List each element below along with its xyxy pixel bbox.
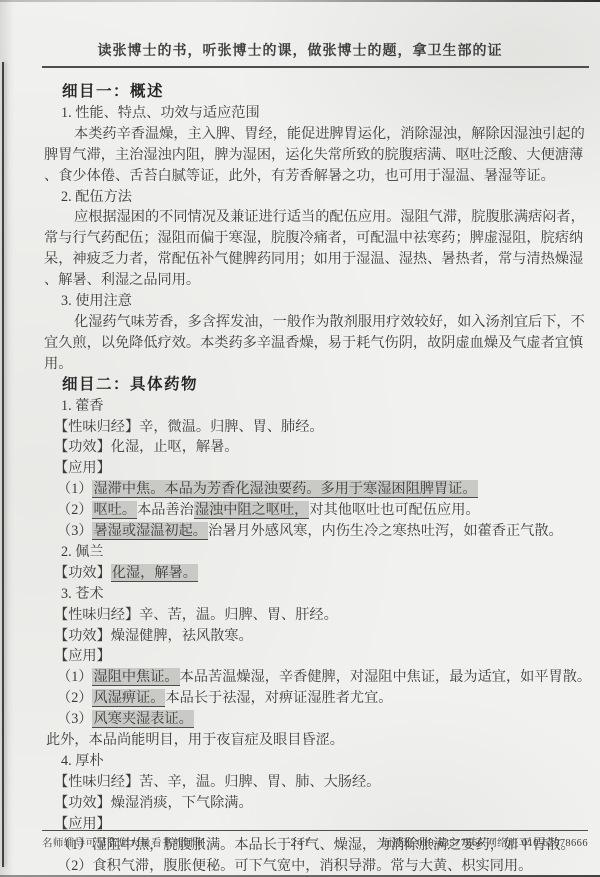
text-line: 【性味归经】辛，微温。归脾、胃、肺经。 xyxy=(44,417,592,438)
text-run: （2） xyxy=(57,502,92,518)
text-run: 【性味归经】辛，微温。归脾、胃、肺经。 xyxy=(54,419,324,435)
text-line: 3. 苍术 xyxy=(44,584,592,605)
text-run: 1. 性能、特点、功效与适应范围 xyxy=(61,105,260,121)
text-line: 1. 性能、特点、功效与适应范围 xyxy=(44,103,592,124)
text-line: 【功效】燥湿消痰，下气除满。 xyxy=(44,793,592,814)
highlighted-text: 化湿，解暑。 xyxy=(111,564,198,582)
text-line: 4. 厚朴 xyxy=(44,751,592,772)
text-run: 本品长于祛湿，对痹证湿胜者尤宜。 xyxy=(165,690,392,706)
text-run: 4. 厚朴 xyxy=(61,753,104,769)
highlighted-text: 风湿痹证。 xyxy=(92,689,165,707)
text-run: 治暑月外感风寒，内伤生冷之寒热吐泻，如藿香正气散。 xyxy=(208,523,563,539)
highlighted-text: 呕吐。 xyxy=(92,501,137,519)
text-run: 细目一：概述 xyxy=(62,83,164,100)
text-run: 2. 佩兰 xyxy=(61,544,104,560)
text-line: （3）风寒夹湿表证。 xyxy=(44,709,592,730)
text-run: 本品苦温燥湿，辛香健脾，对湿阻中焦证，最为适宜，如平胃散。 xyxy=(180,669,591,685)
text-run: 2. 配伍方法 xyxy=(61,189,132,205)
text-run: （2）食积气滞，腹胀便秘。可下气宽中，消积导滞。常与大黄、枳实同用。 xyxy=(57,858,532,874)
text-run: （1） xyxy=(57,669,92,685)
text-line: （3）暑湿或湿温初起。治暑月外感风寒，内伤生冷之寒热吐泻，如藿香正气散。 xyxy=(44,521,592,542)
text-line: （2）风湿痹证。本品长于祛湿，对痹证湿胜者尤宜。 xyxy=(44,688,592,709)
text-run: （1） xyxy=(57,481,92,497)
page-header: 读张博士的书，听张博士的课，做张博士的题，拿卫生部的证 xyxy=(0,0,600,68)
text-run: 【性味归经】苦、辛，温。归脾、胃、肺、大肠经。 xyxy=(54,774,380,790)
text-run: 细目二：具体药物 xyxy=(62,376,198,393)
footer-left-note: 名师辅导可节省您大量看书的时间 xyxy=(42,835,206,850)
text-line: 2. 佩兰 xyxy=(44,542,592,563)
highlighted-text: 湿阻中焦证。 xyxy=(92,668,179,686)
text-line: 【功效】化湿，止呕，解暑。 xyxy=(44,437,592,458)
text-line: 应根据湿困的不同情况及兼证进行适当的配伍应用。湿阻气滞，脘腹胀满痞闷者，常与行气… xyxy=(44,207,592,291)
scan-left-shade xyxy=(0,0,14,877)
header-rule xyxy=(42,66,589,68)
text-run: 【功效】燥湿消痰，下气除满。 xyxy=(54,795,253,811)
text-run: 3. 苍术 xyxy=(61,586,104,602)
text-line: （2）呕吐。本品善治湿浊中阻之呕吐，对其他呕吐也可配伍应用。 xyxy=(44,500,592,521)
text-run: 应根据湿困的不同情况及兼证进行适当的配伍应用。湿阻气滞，脘腹胀满痞闷者，常与行气… xyxy=(44,209,585,288)
text-run: 【应用】 xyxy=(54,648,111,664)
text-line: 【应用】 xyxy=(44,458,592,479)
text-run: 对其他呕吐也可配伍应用。 xyxy=(309,502,479,518)
text-line: 3. 使用注意 xyxy=(44,291,592,312)
header-slogan: 读张博士的书，听张博士的课，做张博士的题，拿卫生部的证 xyxy=(0,40,600,60)
text-line: （1）湿滞中焦。本品为芳香化湿浊要药。多用于寒湿困阻脾胃证。 xyxy=(44,479,592,500)
text-line: 【功效】燥湿健脾，祛风散寒。 xyxy=(44,626,592,647)
scanned-textbook-page: 读张博士的书，听张博士的课，做张博士的题，拿卫生部的证 细目一：概述1. 性能、… xyxy=(0,0,600,877)
highlighted-text: 风寒夹湿表证。 xyxy=(92,710,193,728)
scan-left-edge-line xyxy=(2,62,4,867)
text-run: 3. 使用注意 xyxy=(61,293,132,309)
text-line: 【应用】 xyxy=(44,646,592,667)
text-run: 此外，本品尚能明目，用于夜盲症及眼目昏涩。 xyxy=(46,732,344,748)
text-run: 化湿药气味芳香，多含挥发油，一般作为散剂服用疗效较好，如入汤剂宜后下，不宜久煎，… xyxy=(44,314,585,372)
footer-row: 名师辅导可节省您大量看书的时间 241 面授班 010-63577666 网络班… xyxy=(42,835,588,850)
text-run: （3） xyxy=(57,711,92,727)
text-line: 化湿药气味芳香，多含挥发油，一般作为散剂服用疗效较好，如入汤剂宜后下，不宜久煎，… xyxy=(44,312,592,375)
text-line: （2）食积气滞，腹胀便秘。可下气宽中，消积导滞。常与大黄、枳实同用。 xyxy=(44,856,592,877)
text-line: 【功效】化湿，解暑。 xyxy=(44,563,592,584)
text-run: 【功效】 xyxy=(54,565,111,581)
page-number: 241 xyxy=(290,837,310,849)
text-run: （2） xyxy=(57,690,92,706)
text-line: 1. 藿香 xyxy=(44,396,592,417)
text-run: 【性味归经】辛、苦，温。归脾、胃、肝经。 xyxy=(54,607,338,623)
footer-rule xyxy=(42,830,588,831)
section1-title: 细目一：概述 xyxy=(44,82,592,103)
text-line: 【性味归经】辛、苦，温。归脾、胃、肝经。 xyxy=(44,605,592,626)
text-line: 本类药辛香温燥，主入脾、胃经，能促进脾胃运化，消除湿浊，解除因湿浊引起的脾胃气滞… xyxy=(44,124,592,187)
page-footer: 名师辅导可节省您大量看书的时间 241 面授班 010-63577666 网络班… xyxy=(42,830,588,850)
footer-contact-numbers: 面授班 010-63577666 网络班 010-63578666 xyxy=(381,835,588,850)
text-run: 【应用】 xyxy=(54,460,111,476)
text-run: 【功效】化湿，止呕，解暑。 xyxy=(54,439,238,455)
text-run: 【功效】燥湿健脾，祛风散寒。 xyxy=(54,628,253,644)
text-run: 本类药辛香温燥，主入脾、胃经，能促进脾胃运化，消除湿浊，解除因湿浊引起的脾胃气滞… xyxy=(44,126,585,184)
text-line: 2. 配伍方法 xyxy=(44,187,592,208)
highlighted-text: 湿滞中焦。本品为芳香化湿浊要药。多用于寒湿困阻脾胃证。 xyxy=(92,480,477,498)
text-line: 【性味归经】苦、辛，温。归脾、胃、肺、大肠经。 xyxy=(44,772,592,793)
document-body: 细目一：概述1. 性能、特点、功效与适应范围本类药辛香温燥，主入脾、胃经，能促进… xyxy=(44,82,592,876)
text-run: （3） xyxy=(57,523,92,539)
highlighted-text: 湿浊中阻之呕吐， xyxy=(194,501,310,519)
highlighted-text: 暑湿或湿温初起。 xyxy=(92,522,208,540)
section2-title: 细目二：具体药物 xyxy=(44,375,592,396)
text-run: 1. 藿香 xyxy=(61,398,104,414)
text-line: （1）湿阻中焦证。本品苦温燥湿，辛香健脾，对湿阻中焦证，最为适宜，如平胃散。 xyxy=(44,667,592,688)
text-line: 此外，本品尚能明目，用于夜盲症及眼目昏涩。 xyxy=(44,730,592,751)
text-run: 本品善治 xyxy=(137,502,194,518)
